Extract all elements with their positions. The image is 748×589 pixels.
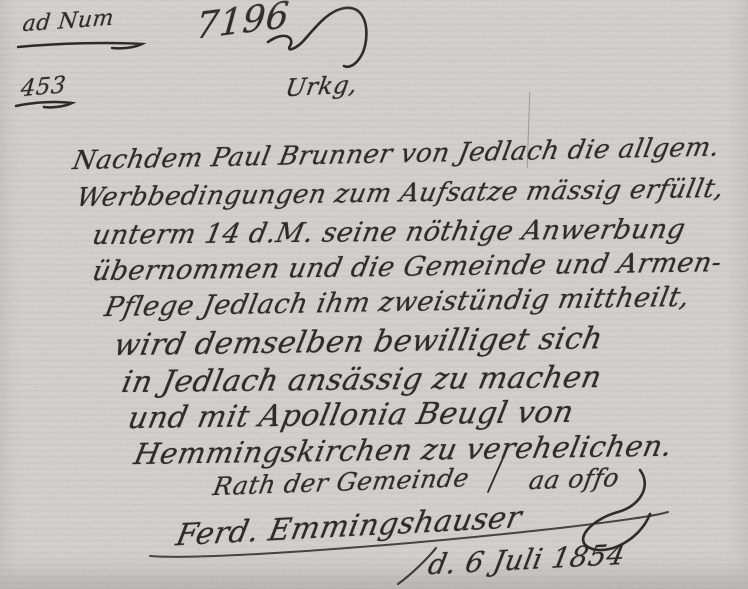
date-line: d. 6 Juli 1854	[426, 538, 629, 582]
body-line-8: und mit Apollonia Beugl von	[125, 395, 577, 436]
folio-number: 453	[20, 72, 68, 102]
ad-num-underline-icon	[18, 43, 142, 48]
scanned-document-page: ad Num 7196 453 Urkg, Nachdem Paul Brunn…	[0, 0, 748, 589]
folio-underline-icon	[16, 102, 72, 107]
body-line-2: Werbbedingungen zum Aufsatze mässig erfü…	[74, 174, 727, 213]
body-line-6: wird demselben bewilliget sich	[111, 321, 606, 363]
body-line-7: in Jedlach ansässig zu machen	[119, 360, 605, 400]
body-line-4: übernommen und die Gemeinde und Armen-	[90, 247, 725, 287]
body-line-5: Pflege Jedlach ihm zweistündig mittheilt…	[102, 282, 692, 323]
body-line-1: Nachdem Paul Brunner von Jedlach die all…	[70, 132, 722, 176]
ad-num-label: ad Num	[21, 6, 115, 38]
document-heading: Urkg,	[284, 70, 360, 102]
closing-annotation: aa offo	[527, 463, 622, 495]
docket-number: 7196	[194, 0, 291, 48]
body-line-3: unterm 14 d.M. seine nöthige Anwerbung	[90, 214, 689, 251]
